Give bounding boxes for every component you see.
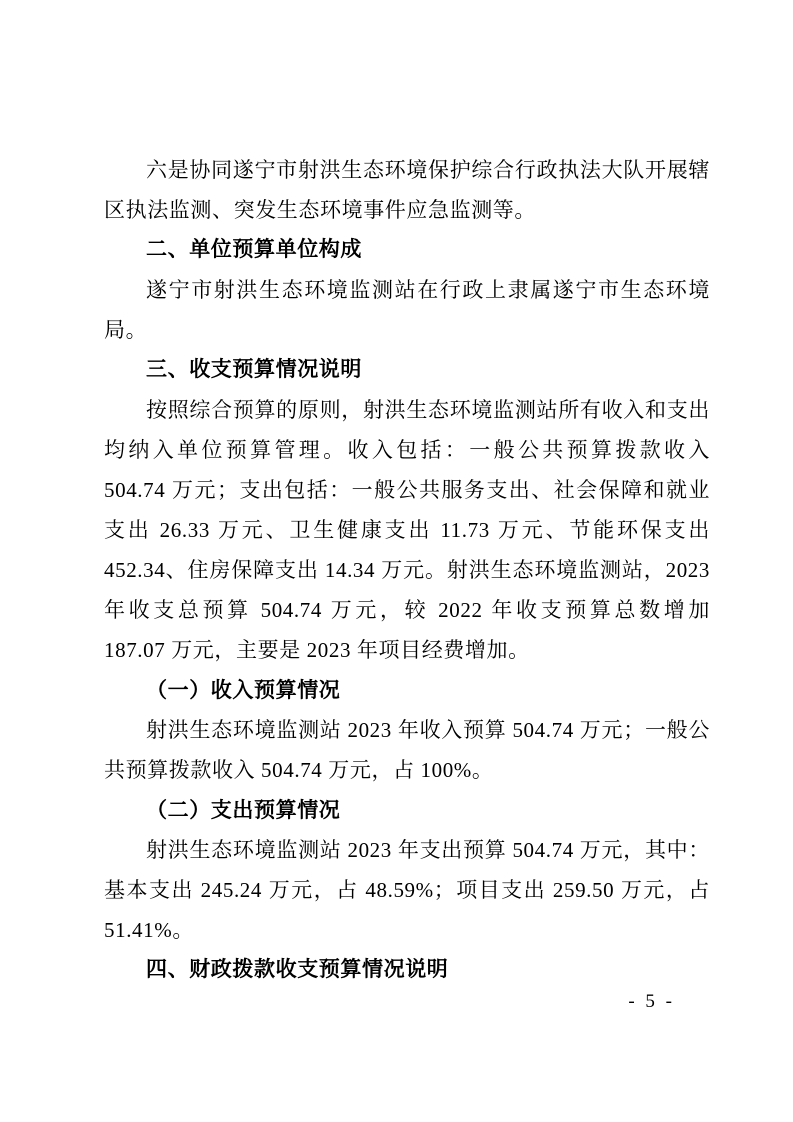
subsection-heading-income-budget: （一）收入预算情况 <box>104 670 710 710</box>
subsection-heading-expenditure-budget: （二）支出预算情况 <box>104 790 710 830</box>
section-heading-unit-composition: 二、单位预算单位构成 <box>104 230 710 270</box>
document-page: 六是协同遂宁市射洪生态环境保护综合行政执法大队开展辖区执法监测、突发生态环境事件… <box>0 0 793 1122</box>
paragraph-unit-affiliation: 遂宁市射洪生态环境监测站在行政上隶属遂宁市生态环境局。 <box>104 270 710 350</box>
paragraph-income-budget: 射洪生态环境监测站 2023 年收入预算 504.74 万元；一般公共预算拨款收… <box>104 710 710 790</box>
paragraph-duties-item-six: 六是协同遂宁市射洪生态环境保护综合行政执法大队开展辖区执法监测、突发生态环境事件… <box>104 150 710 230</box>
section-heading-fiscal-appropriation: 四、财政拨款收支预算情况说明 <box>104 950 710 990</box>
section-heading-budget-overview: 三、收支预算情况说明 <box>104 350 710 390</box>
paragraph-expenditure-budget: 射洪生态环境监测站 2023 年支出预算 504.74 万元，其中：基本支出 2… <box>104 830 710 950</box>
paragraph-budget-overview: 按照综合预算的原则，射洪生态环境监测站所有收入和支出均纳入单位预算管理。收入包括… <box>104 390 710 670</box>
page-number: - 5 - <box>628 990 675 1014</box>
document-body: 六是协同遂宁市射洪生态环境保护综合行政执法大队开展辖区执法监测、突发生态环境事件… <box>104 150 710 990</box>
